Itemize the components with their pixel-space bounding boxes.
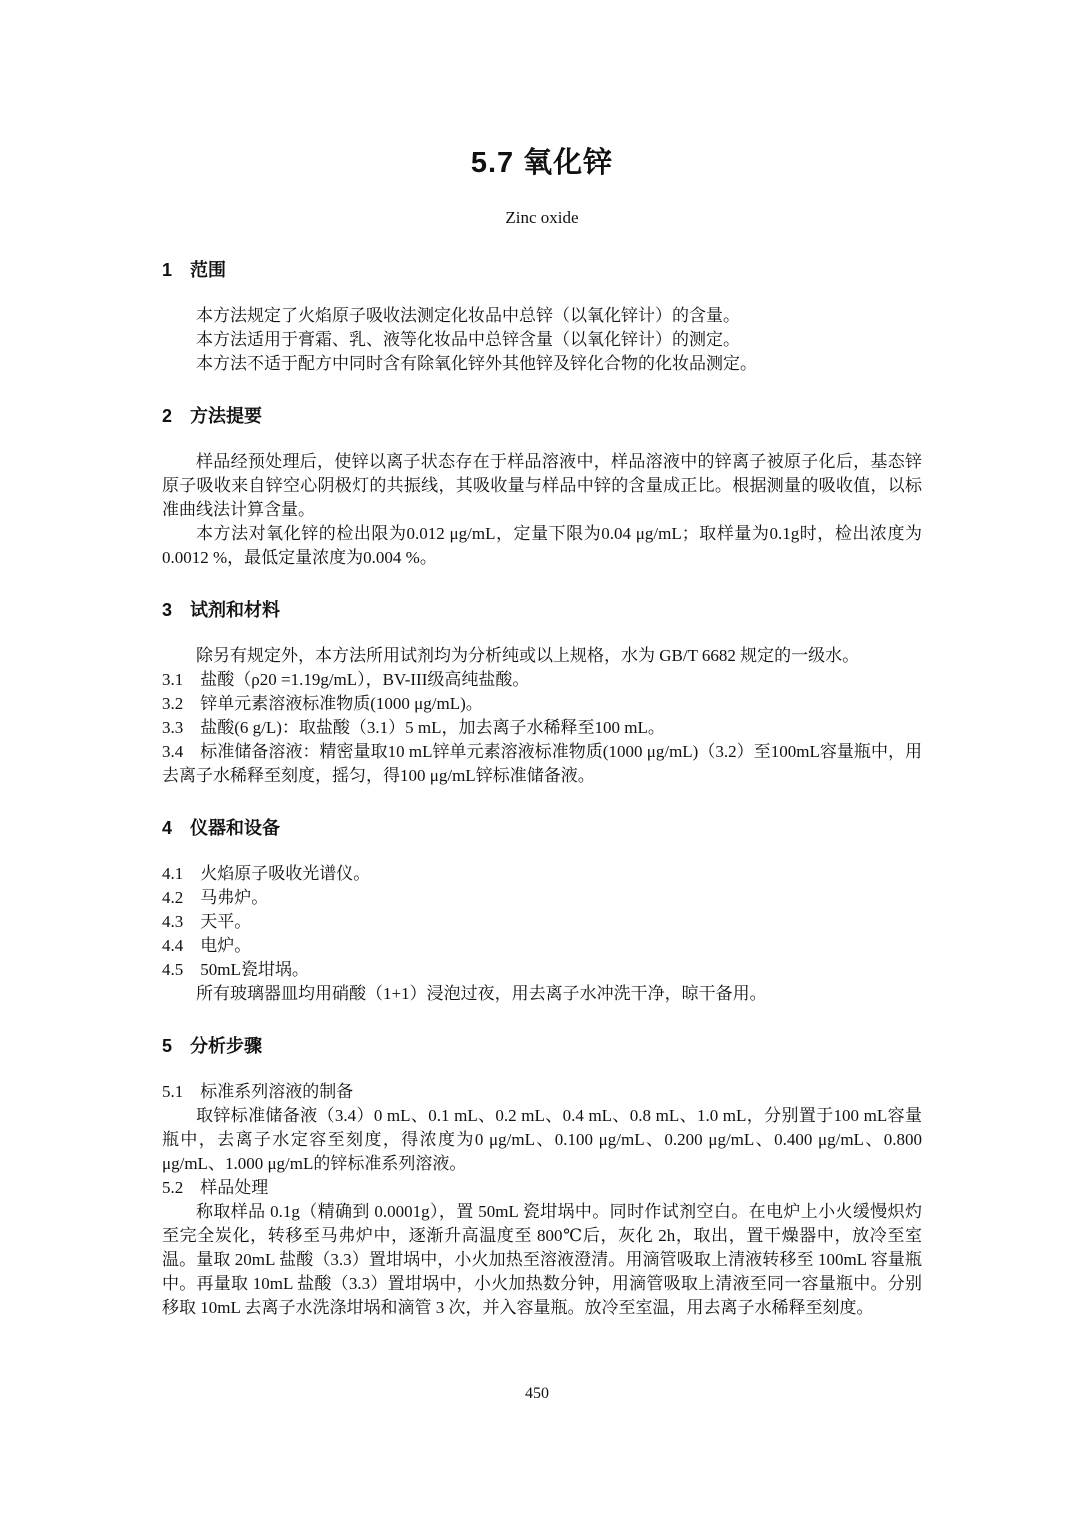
section-analysis-steps: 5 分析步骤 5.1 标准系列溶液的制备 取锌标准储备液（3.4）0 mL、0.… — [162, 1034, 922, 1320]
section-reagents: 3 试剂和材料 除另有规定外，本方法所用试剂均为分析纯或以上规格，水为 GB/T… — [162, 598, 922, 788]
document-title: 5.7 氧化锌 — [162, 146, 922, 180]
section-scope: 1 范围 本方法规定了火焰原子吸收法测定化妆品中总锌（以氧化锌计）的含量。 本方… — [162, 258, 922, 376]
reagent-item-3-4: 3.4 标准储备溶液：精密量取10 mL锌单元素溶液标准物质(1000 μg/m… — [162, 740, 922, 788]
apparatus-note: 所有玻璃器皿均用硝酸（1+1）浸泡过夜，用去离子水冲洗干净，晾干备用。 — [162, 982, 922, 1006]
page-number: 450 — [0, 1384, 1074, 1404]
section-scope-heading: 1 范围 — [162, 258, 922, 282]
subsection-5-1-text: 取锌标准储备液（3.4）0 mL、0.1 mL、0.2 mL、0.4 mL、0.… — [162, 1104, 922, 1176]
subsection-5-2-text: 称取样品 0.1g（精确到 0.0001g），置 50mL 瓷坩埚中。同时作试剂… — [162, 1200, 922, 1320]
reagent-item-3-2: 3.2 锌单元素溶液标准物质(1000 μg/mL)。 — [162, 692, 922, 716]
scope-paragraph-2: 本方法适用于膏霜、乳、液等化妆品中总锌含量（以氧化锌计）的测定。 — [162, 328, 922, 352]
method-summary-paragraph-1: 样品经预处理后，使锌以离子状态存在于样品溶液中，样品溶液中的锌离子被原子化后，基… — [162, 450, 922, 522]
scope-paragraph-1: 本方法规定了火焰原子吸收法测定化妆品中总锌（以氧化锌计）的含量。 — [162, 304, 922, 328]
section-method-summary: 2 方法提要 样品经预处理后，使锌以离子状态存在于样品溶液中，样品溶液中的锌离子… — [162, 404, 922, 570]
apparatus-item-4-2: 4.2 马弗炉。 — [162, 886, 922, 910]
subsection-5-1-heading: 5.1 标准系列溶液的制备 — [162, 1080, 922, 1104]
document-subtitle: Zinc oxide — [162, 206, 922, 230]
section-reagents-heading: 3 试剂和材料 — [162, 598, 922, 622]
apparatus-item-4-1: 4.1 火焰原子吸收光谱仪。 — [162, 862, 922, 886]
reagent-item-3-3: 3.3 盐酸(6 g/L)：取盐酸（3.1）5 mL，加去离子水稀释至100 m… — [162, 716, 922, 740]
apparatus-item-4-5: 4.5 50mL瓷坩埚。 — [162, 958, 922, 982]
document-page: 5.7 氧化锌 Zinc oxide 1 范围 本方法规定了火焰原子吸收法测定化… — [0, 0, 1074, 1520]
section-apparatus: 4 仪器和设备 4.1 火焰原子吸收光谱仪。 4.2 马弗炉。 4.3 天平。 … — [162, 816, 922, 1006]
scope-paragraph-3: 本方法不适于配方中同时含有除氧化锌外其他锌及锌化合物的化妆品测定。 — [162, 352, 922, 376]
apparatus-item-4-4: 4.4 电炉。 — [162, 934, 922, 958]
reagent-item-3-1: 3.1 盐酸（ρ20 =1.19g/mL），BV-III级高纯盐酸。 — [162, 668, 922, 692]
method-summary-paragraph-2: 本方法对氧化锌的检出限为0.012 μg/mL，定量下限为0.04 μg/mL；… — [162, 522, 922, 570]
apparatus-item-4-3: 4.3 天平。 — [162, 910, 922, 934]
subsection-5-2-heading: 5.2 样品处理 — [162, 1176, 922, 1200]
document-content: 5.7 氧化锌 Zinc oxide 1 范围 本方法规定了火焰原子吸收法测定化… — [162, 0, 922, 1320]
section-method-summary-heading: 2 方法提要 — [162, 404, 922, 428]
section-analysis-steps-heading: 5 分析步骤 — [162, 1034, 922, 1058]
reagents-intro: 除另有规定外，本方法所用试剂均为分析纯或以上规格，水为 GB/T 6682 规定… — [162, 644, 922, 668]
section-apparatus-heading: 4 仪器和设备 — [162, 816, 922, 840]
